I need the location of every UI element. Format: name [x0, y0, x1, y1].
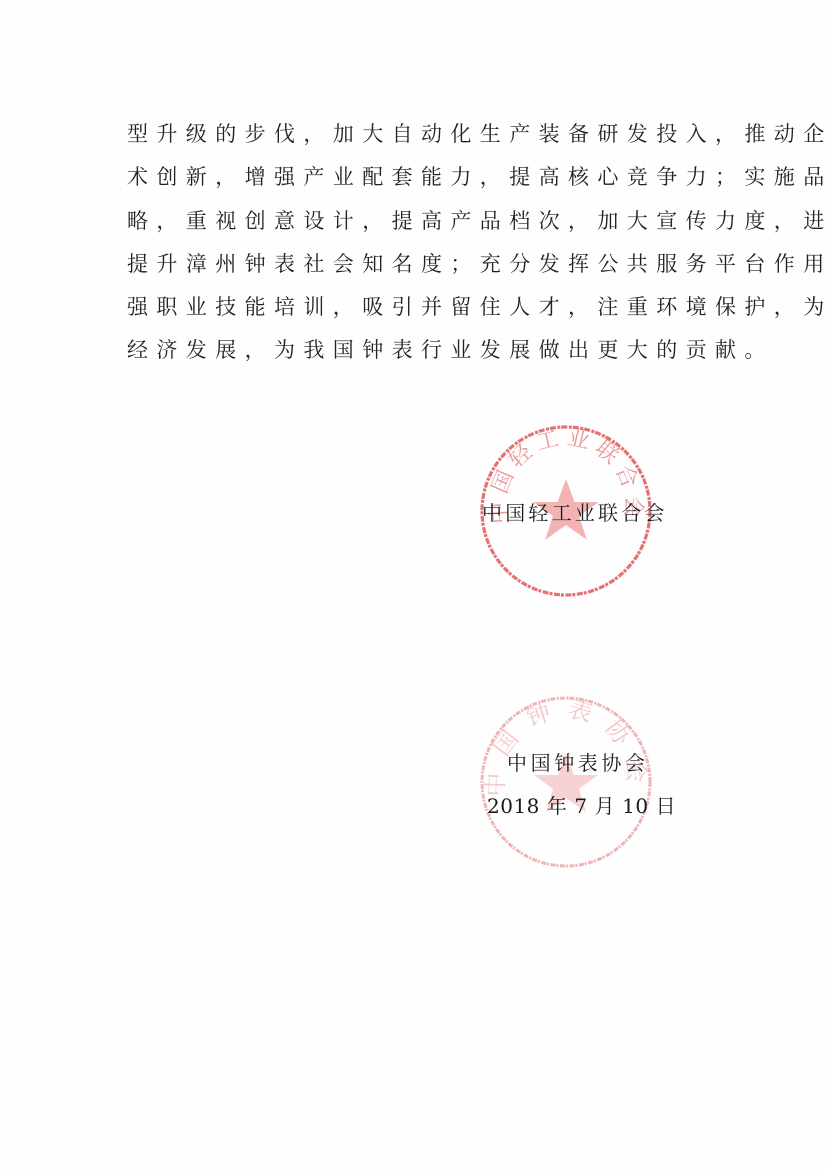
body-line: 强职业技能培训，吸引并留住人才，注重环境保护，为区域 [127, 286, 727, 329]
document-page: 型升级的步伐，加大自动化生产装备研发投入，推动企业技 术创新，增强产业配套能力，… [0, 0, 827, 1170]
body-line: 略，重视创意设计，提高产品档次，加大宣传力度，进一步 [127, 200, 727, 243]
date-month-unit: 月 [595, 790, 616, 819]
body-line: 经济发展，为我国钟表行业发展做出更大的贡献。 [127, 329, 727, 372]
body-line: 型升级的步伐，加大自动化生产装备研发投入，推动企业技 [127, 113, 727, 156]
official-seal-horologe-association-icon: 中国钟表协会 [479, 695, 653, 869]
date-month: 7 [574, 794, 587, 818]
signature-date: 2018年7月10日 [487, 790, 676, 819]
date-year-unit: 年 [547, 790, 568, 819]
date-year: 2018 [487, 794, 540, 818]
date-day: 10 [622, 794, 648, 818]
signature-org-horologe: 中国钟表协会 [507, 747, 649, 776]
body-paragraph: 型升级的步伐，加大自动化生产装备研发投入，推动企业技 术创新，增强产业配套能力，… [127, 113, 727, 373]
body-line: 术创新，增强产业配套能力，提高核心竞争力；实施品牌战 [127, 156, 727, 199]
body-line: 提升漳州钟表社会知名度；充分发挥公共服务平台作用，加 [127, 243, 727, 286]
signature-org-light-industry: 中国轻工业联合会 [482, 497, 668, 526]
date-day-unit: 日 [656, 790, 677, 819]
